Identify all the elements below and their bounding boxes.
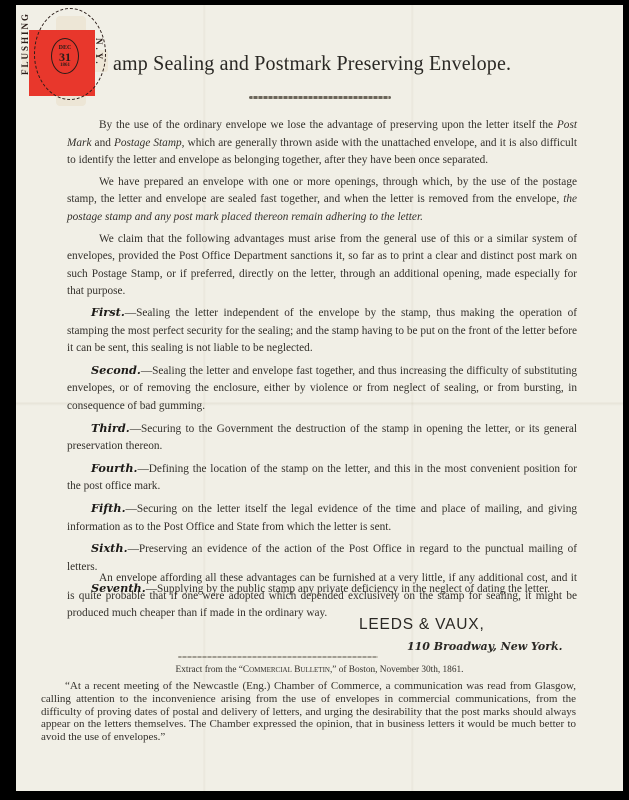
advantage-label: Fifth. xyxy=(91,501,126,515)
ornamental-rule xyxy=(249,96,391,99)
text-run: We claim that the following advantages m… xyxy=(67,233,577,298)
advantage-text: —Defining the location of the stamp on t… xyxy=(67,463,577,493)
advantage-item: First.—Sealing the letter independent of… xyxy=(67,304,577,358)
closing-paragraph: An envelope affording all these advantag… xyxy=(67,570,577,627)
signature-address: 110 Broadway, New York. xyxy=(407,640,562,653)
extract-heading: Extract from the “Commercial Bulletin,” … xyxy=(16,665,623,675)
advantage-text: —Sealing the letter independent of the e… xyxy=(67,307,577,354)
text-run: We have prepared an envelope with one or… xyxy=(67,176,577,206)
advantage-label: Fourth. xyxy=(91,461,137,475)
ornamental-rule xyxy=(178,656,378,658)
advantage-item: Third.—Securing to the Government the de… xyxy=(67,420,577,456)
italic-text: Postage Stamp, xyxy=(114,137,185,149)
stamp-with-postmark: FLUSHING N.Y. DEC 31 1861 xyxy=(16,8,108,108)
document-page: FLUSHING N.Y. DEC 31 1861 amp Sealing an… xyxy=(16,5,623,791)
postmark-state: N.Y. xyxy=(94,38,104,67)
extract-source: Commercial Bulletin, xyxy=(243,665,332,675)
advantage-text: —Securing on the letter itself the legal… xyxy=(67,503,577,533)
postmark-day: 31 xyxy=(59,51,71,63)
advantage-item: Fourth.—Defining the location of the sta… xyxy=(67,460,577,496)
intro-paragraph: By the use of the ordinary envelope we l… xyxy=(67,117,577,170)
page-title: amp Sealing and Postmark Preserving Enve… xyxy=(113,51,511,76)
advantage-item: Fifth.—Securing on the letter itself the… xyxy=(67,500,577,536)
text-run: By the use of the ordinary envelope we l… xyxy=(99,119,557,131)
signature-name: LEEDS & VAUX, xyxy=(359,616,485,634)
extract-quote: “At a recent meeting of the Newcastle (E… xyxy=(41,680,576,744)
intro-section: By the use of the ordinary envelope we l… xyxy=(67,117,577,305)
postmark-town: FLUSHING xyxy=(20,12,30,75)
advantage-label: Third. xyxy=(91,421,130,435)
postmark-year: 1861 xyxy=(60,63,70,68)
advantages-list: First.—Sealing the letter independent of… xyxy=(67,304,577,603)
advantage-text: —Preserving an evidence of the action of… xyxy=(67,543,577,573)
advantage-text: —Sealing the letter and envelope fast to… xyxy=(67,365,577,412)
extract-heading-post: ” of Boston, November 30th, 1861. xyxy=(332,665,463,675)
intro-paragraph: We claim that the following advantages m… xyxy=(67,231,577,301)
postmark-date: DEC 31 1861 xyxy=(51,38,79,74)
intro-paragraph: We have prepared an envelope with one or… xyxy=(67,174,577,227)
advantage-label: Sixth. xyxy=(91,541,128,555)
advantage-label: Second. xyxy=(91,363,141,377)
advantage-item: Second.—Sealing the letter and envelope … xyxy=(67,362,577,416)
extract-heading-pre: Extract from the “ xyxy=(176,665,243,675)
text-run: and xyxy=(91,137,113,149)
advantage-text: —Securing to the Government the destruct… xyxy=(67,423,577,453)
closing-text: An envelope affording all these advantag… xyxy=(67,570,577,623)
advantage-label: First. xyxy=(91,305,125,319)
